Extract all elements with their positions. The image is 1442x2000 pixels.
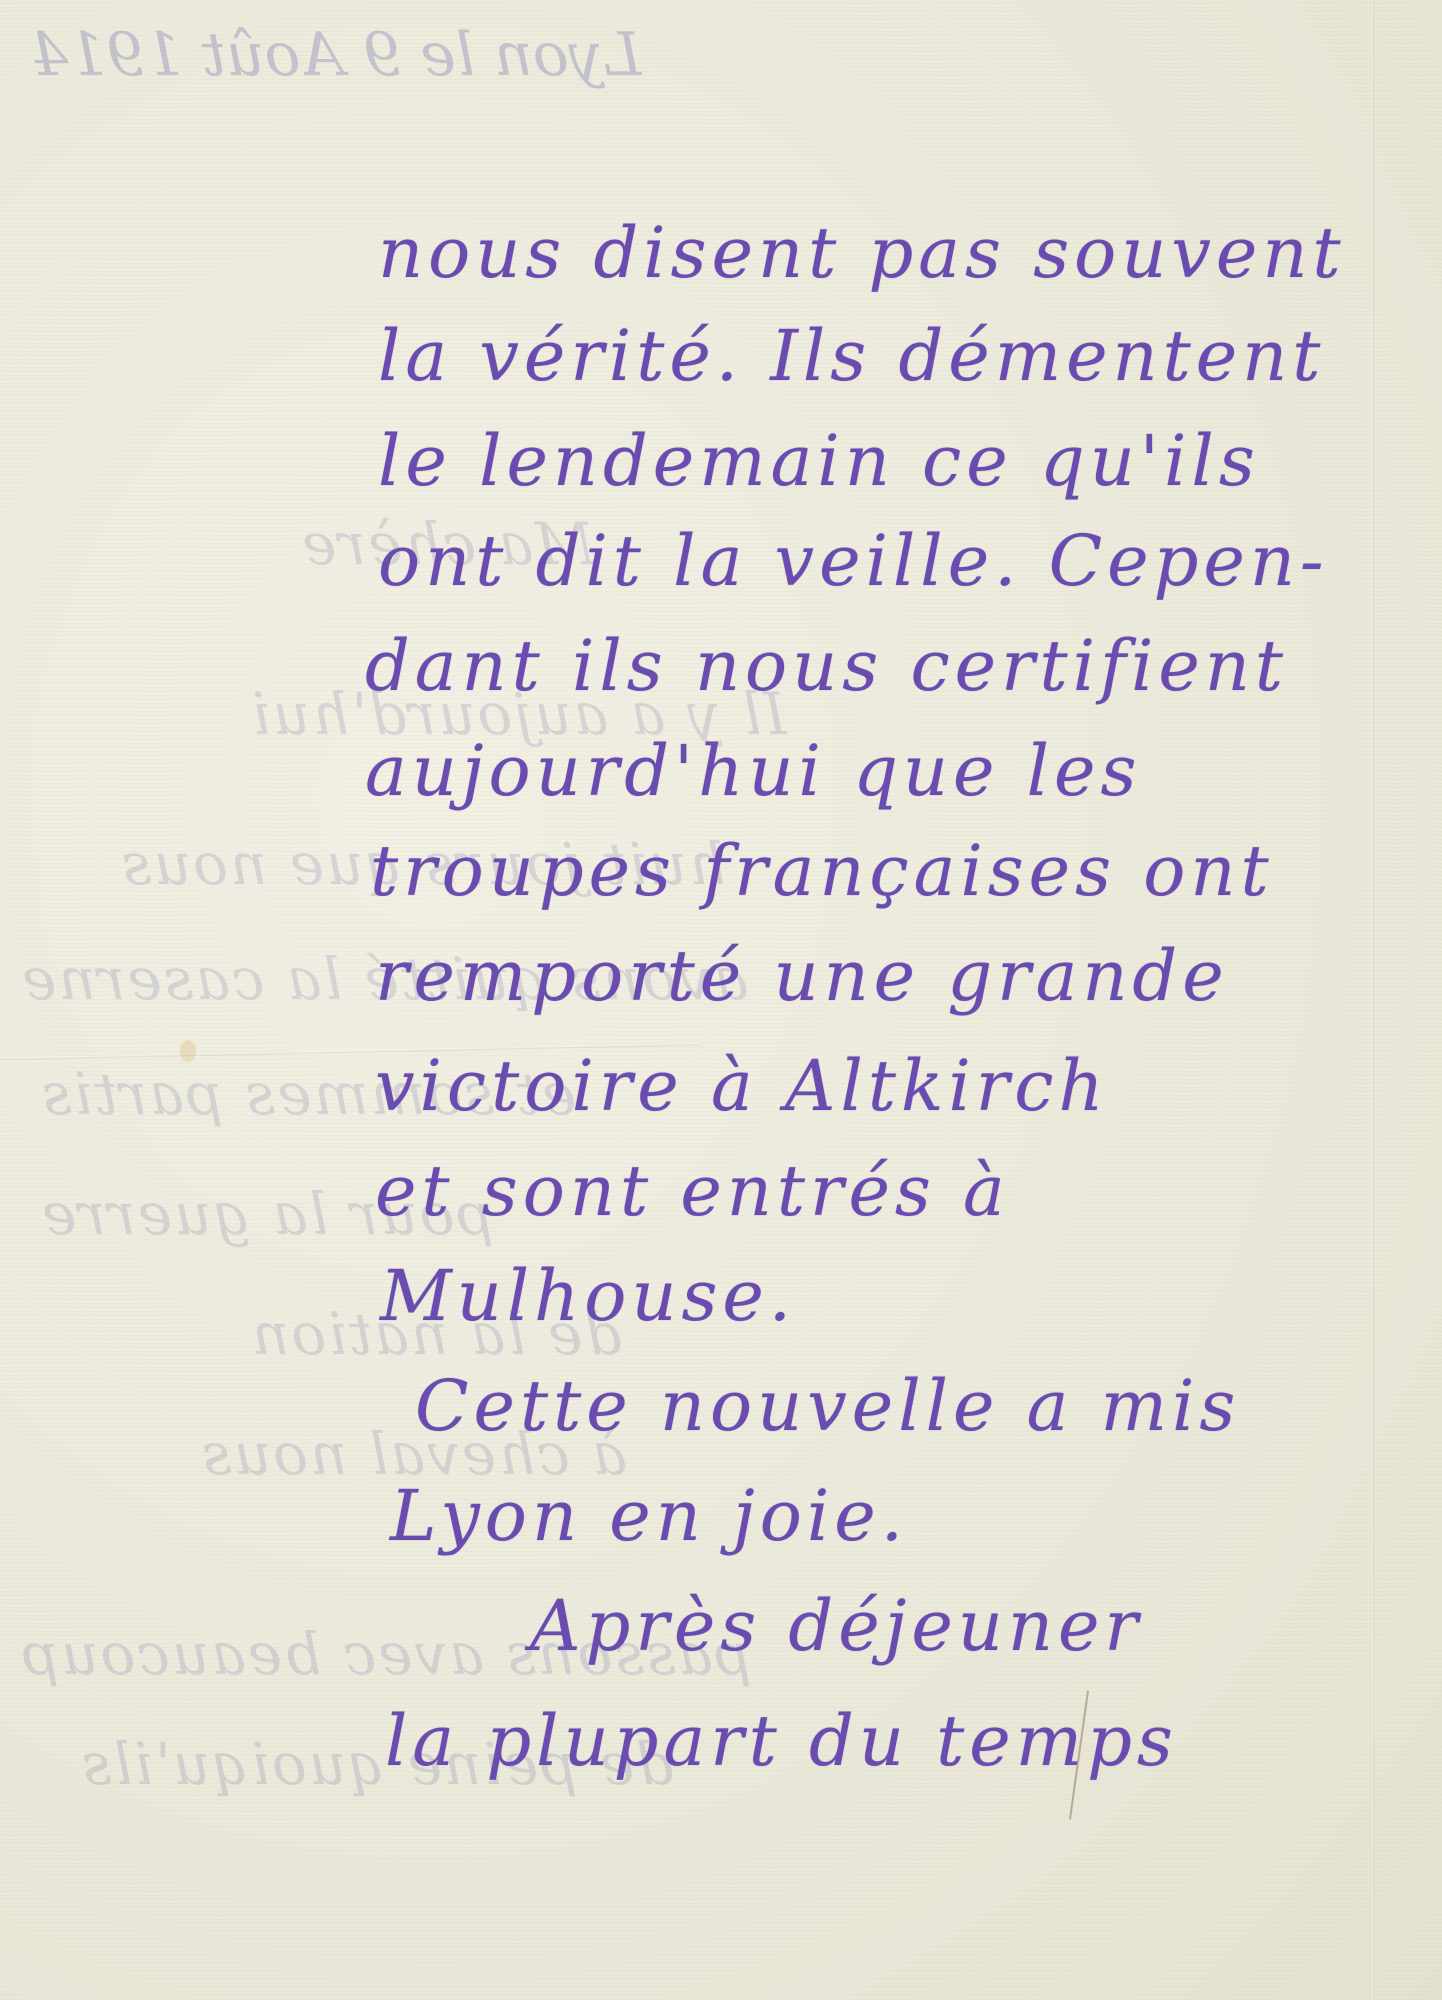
- letter-line: la vérité. Ils démentent: [378, 315, 1325, 397]
- letter-line: Cette nouvelle a mis: [415, 1365, 1240, 1447]
- letter-line: Mulhouse.: [380, 1255, 796, 1337]
- letter-line: Lyon en joie.: [390, 1475, 908, 1557]
- letter-line: et sont entrés à: [375, 1150, 1010, 1232]
- letter-line: aujourd'hui que les: [365, 730, 1141, 812]
- letter-line: nous disent pas souvent: [378, 212, 1346, 294]
- foxing-stain: [180, 1040, 196, 1062]
- letter-line: la plupart du temps: [385, 1700, 1178, 1782]
- letter-line: Après déjeuner: [530, 1585, 1143, 1667]
- vertical-fold-crease: [1372, 0, 1374, 2000]
- letter-page: Lyon le 9 Août 1914 Ma chère Il y a aujo…: [0, 0, 1442, 2000]
- letter-line: le lendemain ce qu'ils: [378, 420, 1260, 502]
- letter-line: dant ils nous certifient: [365, 625, 1288, 707]
- letter-line: ont dit la veille. Cepen-: [378, 520, 1329, 602]
- letter-line: remporté une grande: [375, 935, 1229, 1017]
- letter-line: victoire à Altkirch: [375, 1045, 1109, 1127]
- bleed-through-date-header: Lyon le 9 Août 1914: [30, 20, 642, 90]
- letter-line: troupes françaises ont: [370, 830, 1274, 912]
